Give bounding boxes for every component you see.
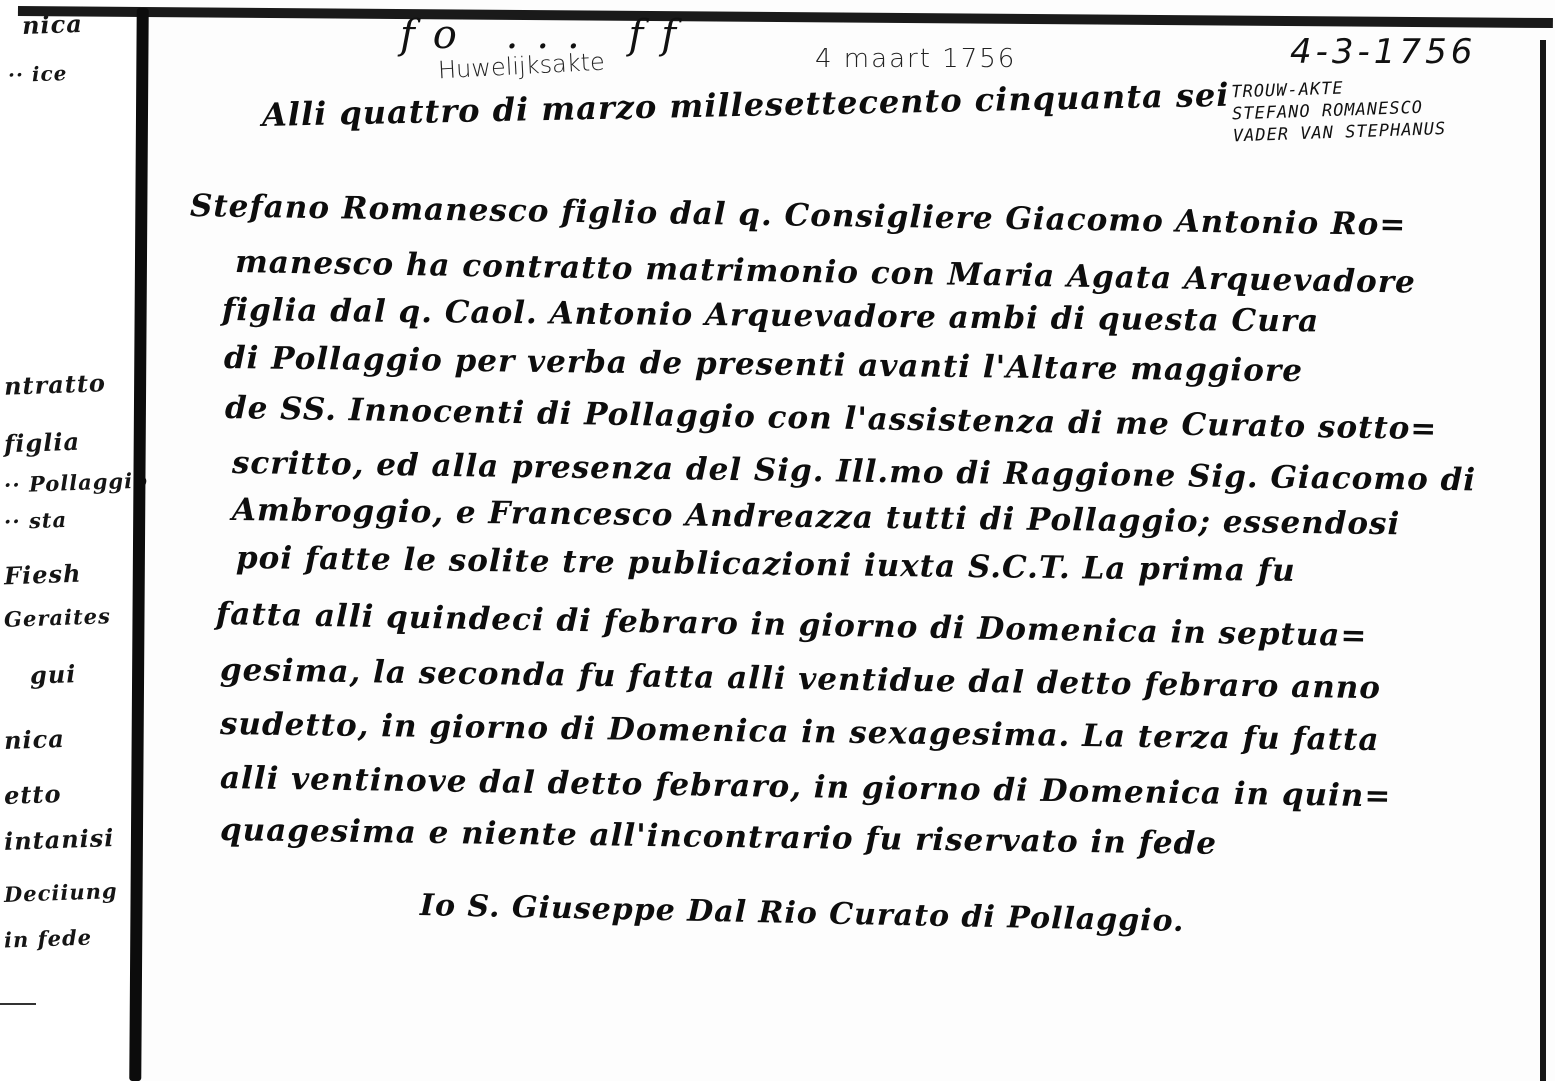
margin-note: intanisi (4, 823, 115, 856)
annotation-stamp-block: TROUW-AKTE STEFANO ROMANESCO VADER VAN S… (1231, 71, 1543, 148)
margin-note: ·· ice (8, 61, 68, 87)
margin-note: nica (4, 724, 66, 755)
margin-note: in fede (4, 924, 93, 952)
margin-note: Geraites (4, 603, 112, 632)
margin-note: etto (4, 779, 62, 810)
body-line: di Pollaggio per verba de presenti avant… (224, 340, 1303, 389)
left-margin-notes: nica ·· ice ntratto figlia ·· Pollaggio … (0, 0, 140, 1081)
body-line: manesco ha contratto matrimonio con Mari… (235, 244, 1416, 301)
margin-note: Fiesh (4, 559, 82, 591)
body-line: gesima, la seconda fu fatta alli ventidu… (220, 652, 1382, 706)
body-line: figlia dal q. Caol. Antonio Arquevadore … (222, 292, 1320, 339)
right-border-line (1540, 40, 1546, 1081)
body-line: fatta alli quindeci di febraro in giorno… (216, 596, 1368, 654)
margin-note: Deciiung (4, 878, 118, 907)
body-line: sudetto, in giorno di Domenica in sexage… (220, 706, 1380, 758)
body-line: alli ventinove dal detto febraro, in gio… (220, 760, 1392, 814)
body-line: scritto, ed alla presenza del Sig. Ill.m… (232, 445, 1477, 498)
record-heading: Alli quattro di marzo millesettecento ci… (262, 76, 1230, 134)
margin-note: gui (30, 659, 77, 690)
margin-note: ·· sta (4, 507, 68, 534)
annotation-stamp-date: 4-3-1756 (1290, 32, 1476, 72)
body-line: Ambroggio, e Francesco Andreazza tutti d… (232, 492, 1401, 542)
body-line: Stefano Romanesco figlio dal q. Consigli… (190, 188, 1407, 243)
margin-note: ntratto (4, 368, 107, 401)
body-line: de SS. Innocenti di Pollaggio con l'assi… (225, 390, 1438, 447)
margin-note: ·· Pollaggio (4, 467, 149, 497)
top-border-line (18, 6, 1553, 28)
body-line: poi fatte le solite tre publicazioni iux… (236, 540, 1296, 589)
margin-note: figlia (4, 427, 81, 459)
annotation-date-dutch: 4 maart 1756 (815, 44, 1016, 74)
scanned-document-page: nica ·· ice ntratto figlia ·· Pollaggio … (0, 0, 1555, 1081)
margin-tick-mark (0, 1003, 36, 1005)
priest-signature: Io S. Giuseppe Dal Rio Curato di Pollagg… (420, 888, 1185, 939)
body-line: quagesima e niente all'incontrario fu ri… (220, 812, 1218, 862)
